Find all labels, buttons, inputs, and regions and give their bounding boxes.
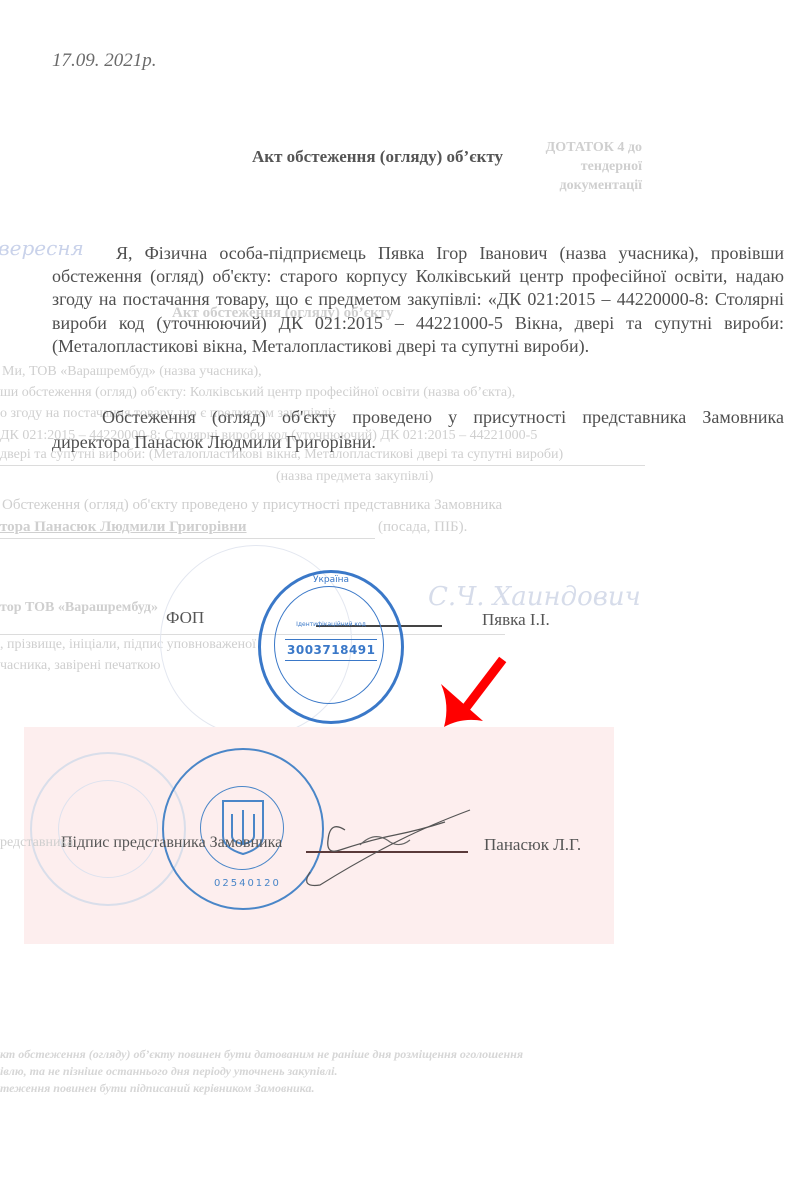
document-title: Акт обстеження (огляду) об’єкту <box>252 147 503 167</box>
customer-stamp-code: 02540120 <box>214 878 281 889</box>
stamp-country: Україна <box>313 575 349 585</box>
footnote-line: івлю, та не пізніше останнього дня періо… <box>0 1063 523 1080</box>
stamp-rule <box>285 639 377 640</box>
presence-paragraph: Обстеження (огляд) об'єкту проведено у п… <box>52 405 784 455</box>
participant-stamp: Україна Ідентифікаційний код 3003718491 <box>258 570 404 724</box>
stamp-code-label: Ідентифікаційний код <box>291 621 371 628</box>
ghost-line: тор ТОВ «Варашрембуд» <box>0 600 158 616</box>
footnote-line: теження повинен бути підписаний керівник… <box>0 1080 523 1097</box>
footnotes: кт обстеження (огляду) об’єкту повинен б… <box>0 1046 523 1097</box>
ghost-line: тора Панасюк Людмили Григорівни <box>0 519 247 536</box>
ghost-line: Ми, ТОВ «Варашрембуд» (назва учасника), <box>2 364 262 380</box>
ghost-line: часника, завірені печаткою <box>0 658 161 674</box>
document-date: 17.09. 2021р. <box>52 50 157 72</box>
participant-signature-label: ФОП <box>166 608 204 628</box>
ghost-line: Обстеження (огляд) об'єкту проведено у п… <box>2 497 502 514</box>
customer-signature-label: Підпис представника Замовника <box>61 834 282 852</box>
ghost-signature: С.Ч. Хаиндович <box>428 582 641 612</box>
ghost-underline <box>0 538 375 539</box>
stamp-rule <box>285 660 377 661</box>
ghost-divider <box>0 465 645 466</box>
consent-paragraph: Я, Фізична особа-підприємець Пявка Ігор … <box>52 242 784 358</box>
ghost-line: (назва предмета закупівлі) <box>276 469 433 485</box>
footnote-line: кт обстеження (огляду) об’єкту повинен б… <box>0 1046 523 1063</box>
ghost-line: ши обстеження (огляд) об'єкту: Колківськ… <box>0 385 515 401</box>
ghost-line: (посада, ПІБ). <box>378 519 467 536</box>
ghost-stamp-inner-ring <box>58 780 158 878</box>
participant-name: Пявка І.І. <box>482 610 550 630</box>
ghost-annex-line: тендерної документації <box>520 157 642 195</box>
customer-name: Панасюк Л.Г. <box>484 835 581 855</box>
ghost-annex-heading: ДОТАТОК 4 до тендерної документації <box>520 138 642 195</box>
stamp-code: 3003718491 <box>287 643 376 657</box>
ghost-annex-line: ДОТАТОК 4 до <box>520 138 642 157</box>
ghost-line: редставника <box>0 835 73 851</box>
handwritten-signature <box>300 800 480 900</box>
red-arrow-icon <box>440 655 510 730</box>
